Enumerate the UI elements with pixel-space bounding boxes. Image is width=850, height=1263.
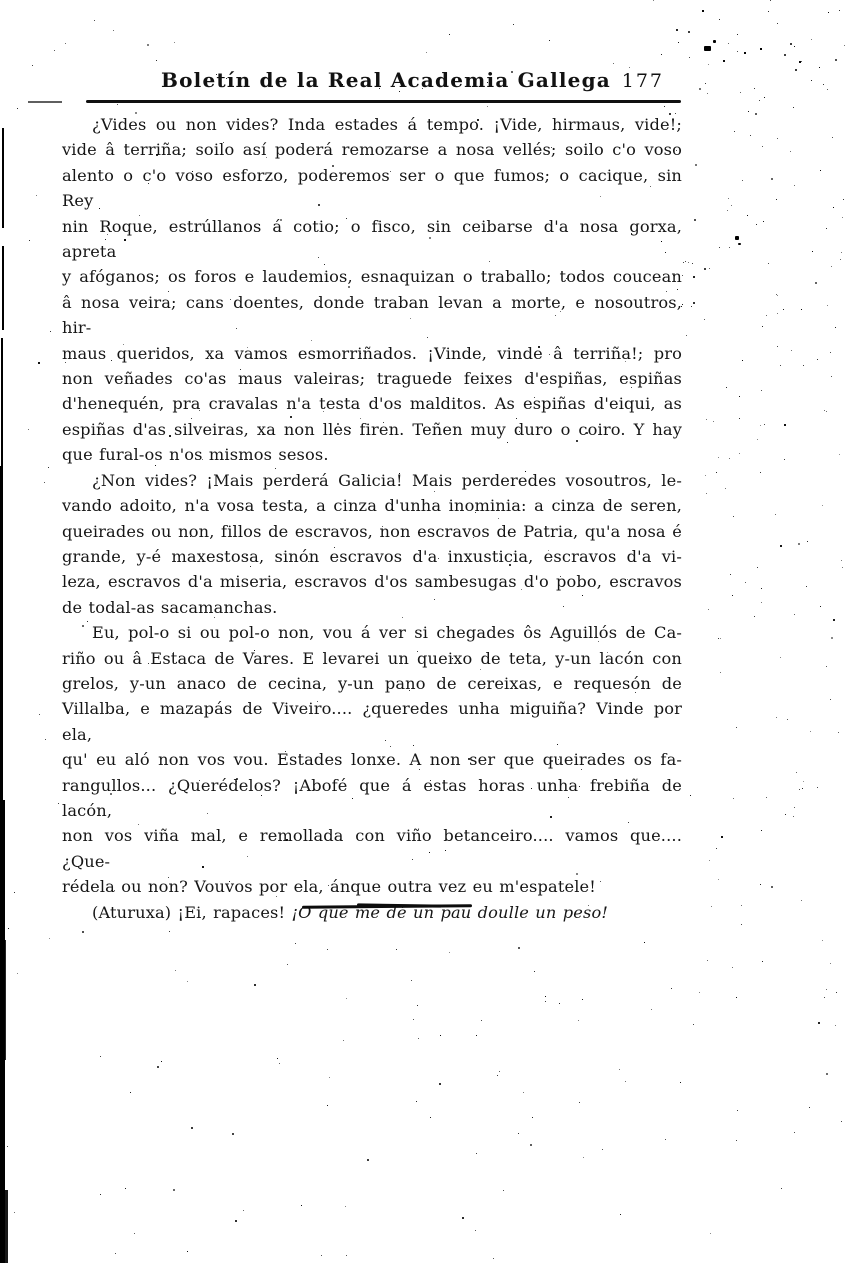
- text-line: ¿Non vides? ¡Mais perderá Galicia! Mais …: [62, 468, 682, 493]
- text-line: Eu, pol-o si ou pol-o non, vou á ver si …: [62, 620, 682, 645]
- text-line: grelos, y-un anaco de cecina, y-un pano …: [62, 671, 682, 696]
- body-text: ¿Vides ou non vides? Inda estades á temp…: [62, 112, 682, 925]
- journal-title: Boletín de la Real Academia Gallega: [161, 68, 611, 92]
- ink-blob: [713, 40, 716, 43]
- ink-blob: [704, 46, 711, 51]
- text-line: de todal-as sacamanchas.: [62, 595, 682, 620]
- text-line: leza, escravos d'a miseria, escravos d'o…: [62, 569, 682, 594]
- text-line: non veñades co'as maus valeiras; tragued…: [62, 366, 682, 391]
- text-line: vando adoito, n'a vosa testa, a cinza d'…: [62, 493, 682, 518]
- text-line: nin Roque, estrúllanos á cotio; o fisco,…: [62, 214, 682, 265]
- scan-edge-artifact: [0, 466, 3, 802]
- text-line: rangullos... ¿Querédelos? ¡Abofé que á e…: [62, 773, 682, 824]
- ink-blob: [735, 236, 739, 240]
- scan-edge-artifact: [4, 940, 6, 1060]
- paragraphs: ¿Vides ou non vides? Inda estades á temp…: [62, 112, 682, 900]
- text-line: queirades ou non, fillos de escravos, no…: [62, 519, 682, 544]
- scan-edge-artifact: [2, 246, 4, 330]
- scan-edge-artifact: [2, 128, 4, 228]
- text-line: maus queridos, xa vamos esmorriñados. ¡V…: [62, 341, 682, 366]
- scanned-page: Boletín de la Real Academia Gallega 177 …: [0, 0, 850, 1263]
- header-rule-fragment: [28, 101, 62, 103]
- text-line: Villalba, e mazapás de Viveiro.... ¿quer…: [62, 696, 682, 747]
- text-line: ¿Vides ou non vides? Inda estades á temp…: [62, 112, 682, 137]
- section-divider-rule: [302, 904, 472, 909]
- text-line: que fural-os n'os mismos sesos.: [62, 442, 682, 467]
- text-line: vide â terriña; soilo así poderá remozar…: [62, 137, 682, 162]
- text-line: grande, y-é maxestosa, sinón escravos d'…: [62, 544, 682, 569]
- text-line: qu' eu aló non vos vou. Estades lonxe. A…: [62, 747, 682, 772]
- header-rule: [86, 100, 681, 103]
- ink-blob: [738, 243, 741, 245]
- scan-edge-artifact: [1, 338, 3, 466]
- text-line: espiñas d'as silveiras, xa non lles fire…: [62, 417, 682, 442]
- text-line: d'henequén, pra cravalas n'a testa d'os …: [62, 391, 682, 416]
- page-number: 177: [622, 70, 664, 92]
- final-line-plain: (Aturuxa) ¡Ei, rapaces!: [92, 903, 291, 922]
- text-line: y afóganos; os foros e laudemios, esnaqu…: [62, 264, 682, 289]
- page-header: Boletín de la Real Academia Gallega 177: [62, 68, 682, 102]
- text-line: alento o c'o voso esforzo, poderemos ser…: [62, 163, 682, 214]
- text-line: rédela ou non? Vouvos por ela, ánque out…: [62, 874, 682, 899]
- text-line: non vos viña mal, e remollada con viño b…: [62, 823, 682, 874]
- scan-edge-artifact: [5, 1190, 8, 1263]
- text-line: â nosa veira; cans doentes, donde traban…: [62, 290, 682, 341]
- text-line: riño ou â Estaca de Vares. E levarei un …: [62, 646, 682, 671]
